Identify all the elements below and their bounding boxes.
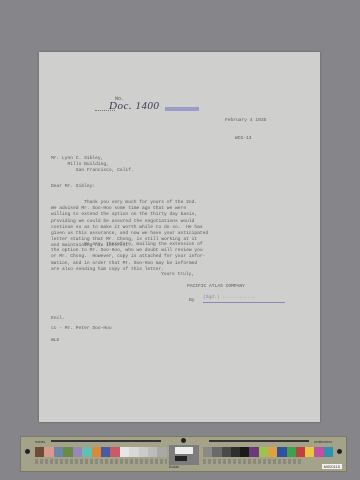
- color-swatch: [222, 447, 231, 457]
- color-swatch: [63, 447, 72, 457]
- paragraph-2: We are, therefore, mailing the extension…: [51, 242, 205, 273]
- enclosure-note: Encl.: [51, 316, 65, 322]
- white-patch: [175, 447, 193, 454]
- typist-initials: WLG: [51, 338, 59, 344]
- color-swatch: [35, 447, 44, 457]
- color-swatches-right: [203, 447, 333, 457]
- ruler-bar-left: [51, 440, 161, 442]
- gray-reference-box: [169, 445, 199, 465]
- color-swatches-left: [35, 447, 167, 457]
- color-swatch: [203, 447, 212, 457]
- by-label: By: [189, 298, 195, 304]
- letter-page: No. Doc. 1400 February 4 1935 WCG-13 Mr.…: [39, 52, 320, 422]
- registration-dot-right: [337, 449, 342, 454]
- stamp-tag: [165, 107, 199, 111]
- color-swatch: [73, 447, 82, 457]
- salutation: Dear Mr. Sibley:: [51, 184, 95, 190]
- company-name: PACIFIC ATLAS COMPANY: [187, 284, 245, 290]
- color-swatch: [139, 447, 148, 457]
- letter-reference: WCG-13: [235, 136, 252, 142]
- scale-ticks-left: [35, 459, 167, 464]
- color-swatch: [324, 447, 333, 457]
- color-swatch: [305, 447, 314, 457]
- color-swatch: [249, 447, 258, 457]
- registration-dot-center: [181, 438, 186, 443]
- black-patch: [175, 456, 187, 461]
- color-swatch: [44, 447, 53, 457]
- recipient-address: Mr. Lynn C. Sibley, Mills Building, San …: [51, 156, 134, 175]
- color-swatch: [268, 447, 277, 457]
- letter-date: February 4 1935: [225, 118, 266, 124]
- color-swatch: [101, 447, 110, 457]
- color-swatch: [240, 447, 249, 457]
- color-calibration-target: inches centimeters Kodak M000115: [20, 436, 347, 472]
- color-swatch: [259, 447, 268, 457]
- color-swatch: [92, 447, 101, 457]
- target-brand-label: Kodak: [169, 465, 179, 469]
- color-swatch: [157, 447, 166, 457]
- color-swatch: [314, 447, 323, 457]
- color-swatch: [120, 447, 129, 457]
- color-swatch: [212, 447, 221, 457]
- bleed-through-text: [69, 54, 269, 74]
- cc-note: cc - Mr. Peter Soo-Hoo: [51, 326, 112, 332]
- archive-id-tag: M000115: [322, 464, 342, 469]
- color-swatch: [287, 447, 296, 457]
- ruler-bar-right: [209, 440, 309, 442]
- color-swatch: [129, 447, 138, 457]
- color-swatch: [54, 447, 63, 457]
- color-swatch: [82, 447, 91, 457]
- signature: (Sgd.) ............: [203, 295, 285, 303]
- centimeters-label: centimeters: [314, 440, 332, 444]
- document-number-stamp: Doc. 1400: [109, 100, 159, 112]
- color-swatch: [277, 447, 286, 457]
- inches-label: inches: [35, 440, 45, 444]
- color-swatch: [110, 447, 119, 457]
- color-swatch: [231, 447, 240, 457]
- color-swatch: [148, 447, 157, 457]
- closing: Yours truly,: [161, 272, 194, 278]
- scale-ticks-right: [203, 459, 303, 464]
- color-swatch: [296, 447, 305, 457]
- registration-dot-left: [25, 449, 30, 454]
